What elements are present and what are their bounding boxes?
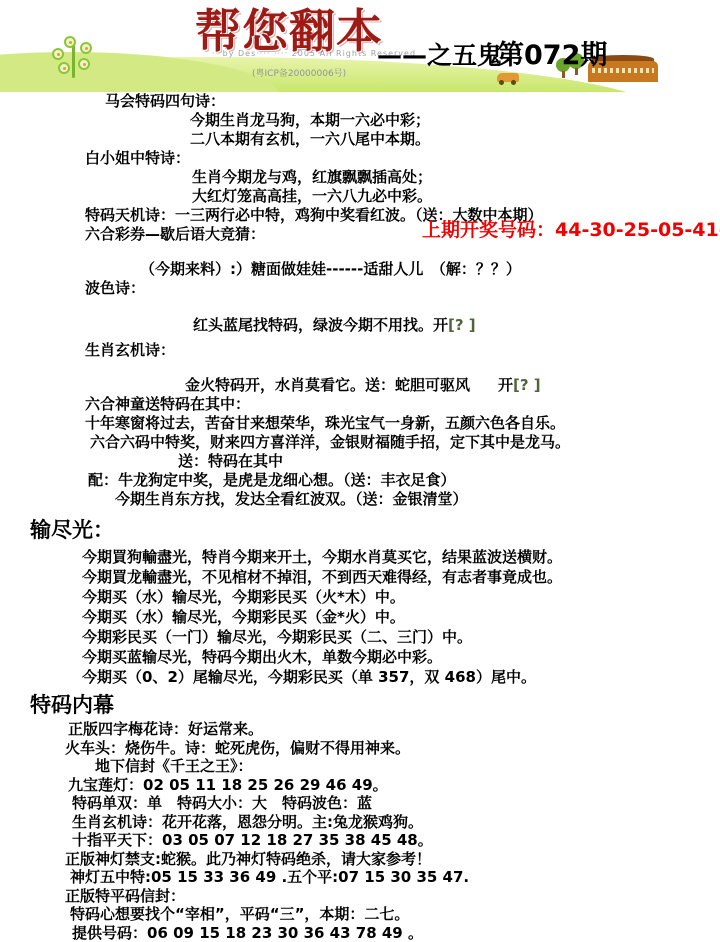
neimu-line: 地下信封《千王之王》：: [95, 757, 720, 776]
flower-stem: [72, 44, 75, 78]
mahui-poem-line: 今期生肖龙马狗，本期一六必中彩；: [190, 111, 720, 130]
flower-icon: [58, 62, 70, 74]
shengxiao-poem-text: 金火特码开，水肖莫看它。送：蛇胆可驱风: [185, 376, 470, 394]
neimu-line: 特码单双：单 特码大小：大 特码波色：蓝: [72, 794, 720, 813]
bose-answer-placeholder: [? ]: [448, 316, 476, 334]
neimu-line: 火车头：烧伤牛。诗：蛇死虎伤，偏财不得用神来。: [65, 739, 720, 758]
bose-poem-line: 红头蓝尾找特码，绿波今期不用找。开[? ]: [193, 316, 720, 335]
shujinguang-line: 今期买蓝输尽光，特码今期出火木，单数今期必中彩。: [82, 647, 720, 667]
neimu-line: 正版神灯禁支:蛇猴。此乃神灯特码绝杀，请大家参考！: [65, 850, 720, 869]
series-name: ——之五鬼: [377, 36, 502, 72]
flower-icon: [78, 58, 90, 70]
flower-icon: [80, 42, 92, 54]
neimu-line: 正版特平码信封：: [65, 887, 720, 906]
shengxiao-poem-line: 金火特码开，水肖莫看它。送：蛇胆可驱风开[? ]: [185, 376, 720, 395]
shengxiao-open-label: 开: [498, 376, 513, 394]
neimu-section-title: 特码内幕: [30, 692, 720, 718]
xiehouyu-title: 六合彩券—歇后语大竞猜：: [85, 225, 265, 243]
mahui-poem-title: 马会特码四句诗：: [105, 92, 720, 111]
neimu-line: 九宝莲灯：02 05 11 18 25 26 29 46 49。: [68, 776, 720, 795]
flower-decoration-icon: [52, 36, 98, 80]
neimu-line: 正版四字梅花诗：好运常来。: [68, 720, 720, 739]
xiehouyu-row: 六合彩券—歇后语大竞猜： 上期开奖号码：44-30-25-05-41-08+48: [85, 225, 720, 244]
last-draw-numbers: 上期开奖号码：44-30-25-05-41-08+48: [422, 221, 720, 240]
tree-trunk: [562, 71, 565, 78]
shujinguang-line: 今期买（水）输尽光，今期彩民买（火*木）中。: [82, 587, 720, 607]
flower-icon: [64, 36, 76, 48]
icp-number: (粤ICP备20000006号): [252, 66, 346, 79]
shentong-line: 配：牛龙狗定中奖，是虎是龙细心想。（送：丰衣足食）: [88, 471, 720, 490]
mahui-poem-line: 二八本期有玄机，一六八尾中本期。: [190, 130, 720, 149]
neimu-line: 神灯五中特:05 15 33 36 49 .五个平:07 15 30 35 47…: [70, 868, 720, 887]
shujinguang-line: 今期买（水）输尽光，今期彩民买（金*火）中。: [82, 607, 720, 627]
shentong-title: 六合神童送特码在其中：: [85, 395, 720, 414]
issue-number: 第072期: [497, 33, 607, 72]
shentong-line: 送：特码在其中: [178, 452, 720, 471]
bose-poem-title: 波色诗：: [85, 279, 720, 298]
shujinguang-line: 今期彩民买（一门）输尽光，今期彩民买（二、三门）中。: [82, 627, 720, 647]
shujinguang-line: 今期買狗輸盡光，特肖今期来开土，今期水肖莫买它，结果蓝波送横财。: [82, 547, 720, 567]
content: 马会特码四句诗： 今期生肖龙马狗，本期一六必中彩； 二八本期有玄机，一六八尾中本…: [0, 92, 720, 942]
baixiaojie-poem-line: 生肖今期龙与鸡，红旗飘飘插高处；: [192, 168, 720, 187]
masthead: 帮您翻本 ·· by Des···· ···· 2005 All Rights …: [0, 0, 720, 92]
car-wheel-icon: [511, 80, 516, 85]
neimu-line: 生肖玄机诗：花开花落，恩怨分明。主:兔龙猴鸡狗。: [72, 813, 720, 832]
shujinguang-line: 今期买（0、2）尾输尽光，今期彩民买（单 357，双 468）尾中。: [82, 667, 720, 687]
shengxiao-answer-placeholder: [? ]: [513, 376, 541, 394]
shengxiao-poem-title: 生肖玄机诗：: [85, 341, 720, 360]
neimu-line: 特码心想要找个“宰相”，平码“三”，本期：二七。: [70, 905, 720, 924]
xiehouyu-riddle: （今期来料）:）糖面做娃娃------适甜人儿 （解：？？）: [140, 260, 720, 279]
logo-title: 帮您翻本: [195, 2, 383, 60]
baixiaojie-poem-title: 白小姐中特诗：: [85, 149, 720, 168]
neimu-line: 提供号码：06 09 15 18 23 30 36 43 78 49 。: [72, 924, 720, 942]
shentong-line: 六合六码中特奖，财来四方喜洋洋，金银财福随手招，定下其中是龙马。: [90, 433, 720, 452]
shentong-line: 十年寒窗将过去，苦奋甘来想荣华，珠光宝气一身新，五颜六色各自乐。: [85, 414, 720, 433]
shentong-line: 今期生肖东方找，发达全看红波双。（送：金银清堂）: [115, 490, 720, 509]
lottery-tip-sheet: 帮您翻本 ·· by Des···· ···· 2005 All Rights …: [0, 0, 720, 942]
shujinguang-section-title: 输尽光：: [30, 517, 720, 543]
car-wheel-icon: [499, 80, 504, 85]
flower-icon: [52, 48, 64, 60]
shujinguang-line: 今期買龙輸盡光，不见棺材不掉泪，不到西天难得经，有志者事竟成也。: [82, 567, 720, 587]
neimu-line: 十指平天下：03 05 07 12 18 27 35 38 45 48。: [72, 831, 720, 850]
baixiaojie-poem-line: 大红灯笼高高挂，一六八九必中彩。: [192, 187, 720, 206]
bose-poem-text: 红头蓝尾找特码，绿波今期不用找。开: [193, 316, 448, 334]
